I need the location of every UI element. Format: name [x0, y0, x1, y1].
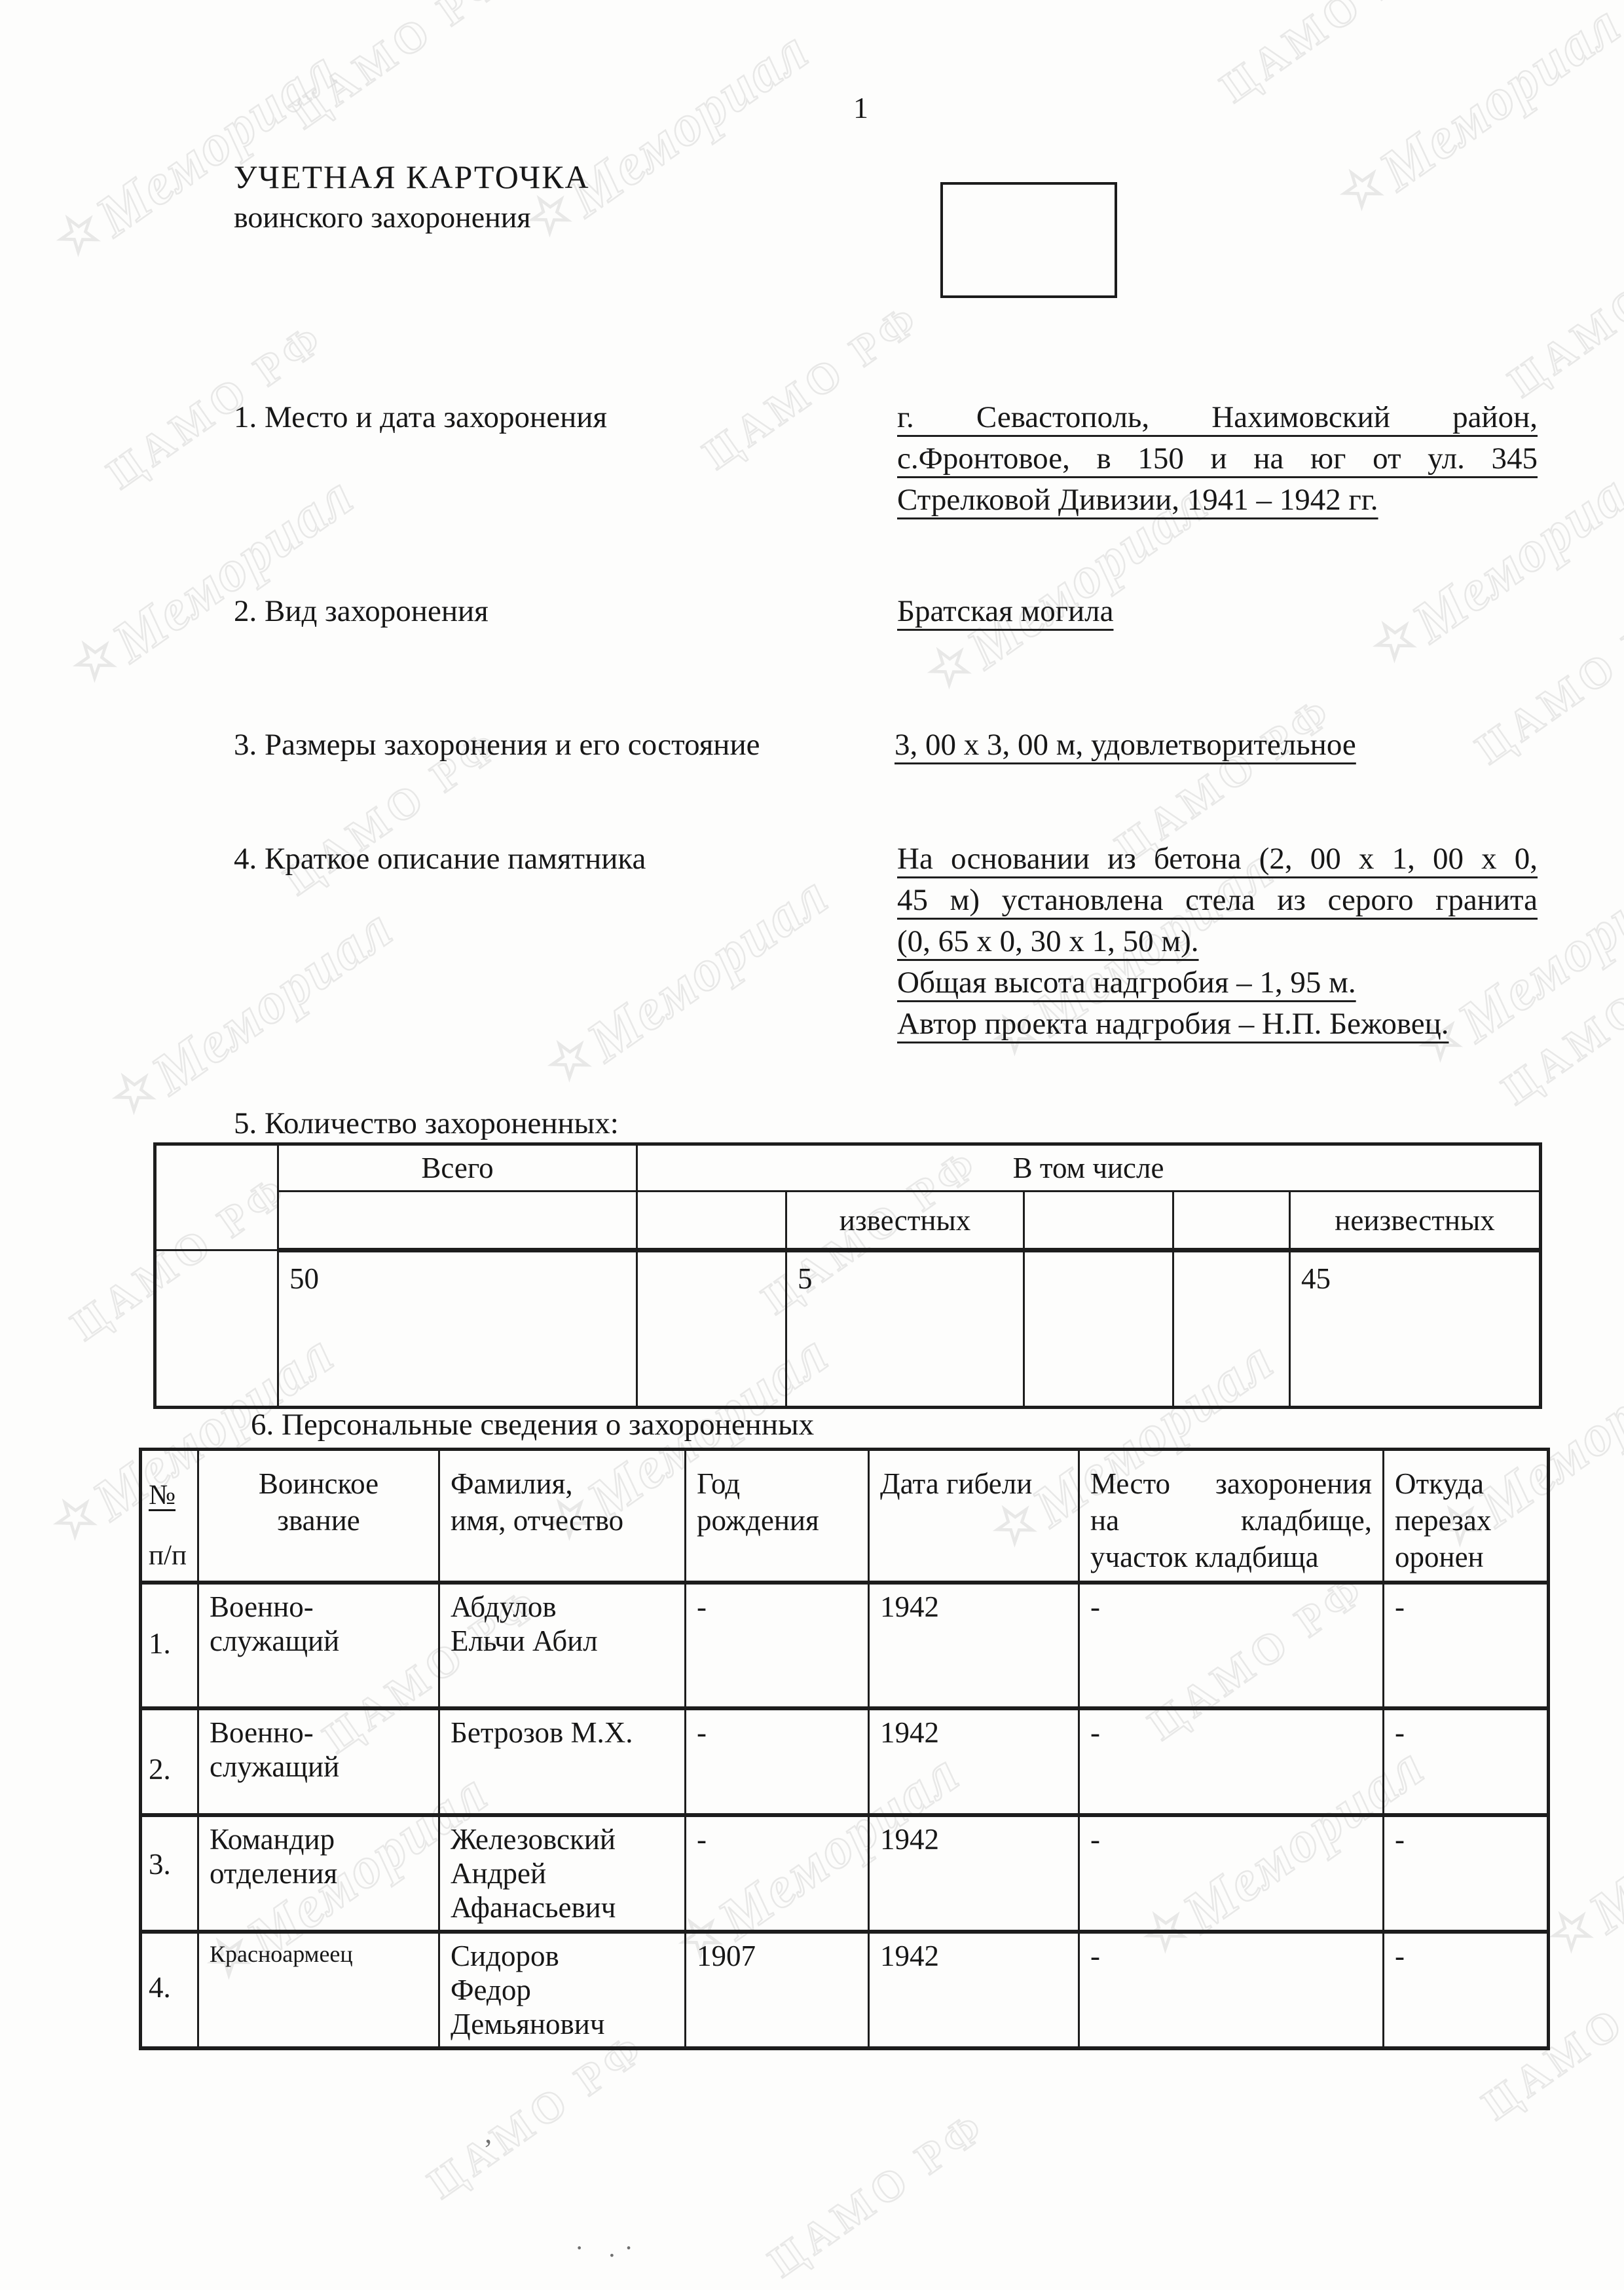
t5-empty-cell — [155, 1250, 278, 1408]
field-value-line: Стрелковой Дивизии, 1941 – 1942 гг. — [897, 479, 1538, 521]
t5-empty-cell — [1024, 1250, 1173, 1408]
field-value: На основании из бетона (2, 00 х 1, 00 х … — [897, 838, 1538, 1045]
t5-empty-cell — [1024, 1192, 1173, 1250]
t6-cell-place: - — [1079, 1932, 1384, 2048]
field-value: 3, 00 х 3, 00 м, удовлетворительное — [895, 724, 1535, 766]
field-value: Братская могила — [897, 591, 1538, 632]
t6-cell-birth: 1907 — [686, 1932, 869, 2048]
t6-cell-death: 1942 — [869, 1932, 1079, 2048]
scan-speck: · .· — [575, 2232, 642, 2263]
t6-cell-from: - — [1384, 1932, 1549, 2048]
table-row: 1. Военно- служащий Абдулов Ельчи Абил -… — [141, 1583, 1549, 1708]
document-subtitle: воинского захоронения — [234, 198, 590, 237]
t6-cell-place: - — [1079, 1708, 1384, 1815]
t6-cell-birth: - — [686, 1583, 869, 1708]
section5-label: 5. Количество захороненных: — [234, 1106, 619, 1141]
field-label: 4. Краткое описание памятника — [234, 838, 646, 880]
t6-cell-death: 1942 — [869, 1815, 1079, 1932]
field-value-line: Автор проекта надгробия – Н.П. Бежовец. — [897, 1004, 1538, 1045]
t6-header-rank: Воинское звание — [198, 1450, 439, 1583]
t5-empty-cell — [637, 1192, 786, 1250]
photo-placeholder-box — [940, 182, 1117, 298]
t5-empty-cell — [637, 1250, 786, 1408]
t6-cell-rank: Военно- служащий — [198, 1708, 439, 1815]
t6-cell-from: - — [1384, 1708, 1549, 1815]
t5-corner-cell — [155, 1144, 278, 1250]
t5-header-including: В том числе — [637, 1144, 1541, 1192]
t6-cell-from: - — [1384, 1815, 1549, 1932]
field-value-line: Общая высота надгробия – 1, 95 м. — [897, 962, 1538, 1004]
t5-header-unknown: неизвестных — [1290, 1192, 1541, 1250]
t6-cell-birth: - — [686, 1815, 869, 1932]
t6-cell-num: 1. — [141, 1583, 198, 1708]
t6-cell-name: Железовский Андрей Афанасьевич — [439, 1815, 686, 1932]
scan-speck: ʼ — [483, 2133, 493, 2166]
t5-value-known: 5 — [786, 1250, 1024, 1408]
table-row: 4. Красноармеец Сидоров Федор Демьянович… — [141, 1932, 1549, 2048]
t6-cell-num: 4. — [141, 1932, 198, 2048]
t6-cell-place: - — [1079, 1583, 1384, 1708]
field-label: 1. Место и дата захоронения — [234, 397, 607, 438]
t5-empty-cell — [1173, 1192, 1290, 1250]
page-number: 1 — [853, 90, 868, 125]
t6-header-name: Фамилия, имя, отчество — [439, 1450, 686, 1583]
field-value-line: с.Фронтовое, в 150 и на юг от ул. 345 — [897, 438, 1538, 479]
t5-header-total: Всего — [278, 1144, 637, 1192]
t6-cell-rank: Красноармеец — [198, 1932, 439, 2048]
t5-empty-cell — [1173, 1250, 1290, 1408]
t6-cell-name: Сидоров Федор Демьянович — [439, 1932, 686, 2048]
field-value-line: Братская могила — [897, 591, 1538, 632]
table-row: 3. Командир отделения Железовский Андрей… — [141, 1815, 1549, 1932]
field-value-line: 3, 00 х 3, 00 м, удовлетворительное — [895, 724, 1535, 766]
t6-cell-name: Абдулов Ельчи Абил — [439, 1583, 686, 1708]
t5-value-unknown: 45 — [1290, 1250, 1541, 1408]
burial-count-table: Всего В том числе известных неизвестных … — [153, 1142, 1542, 1409]
field-value-line: 45 м) установлена стела из серого гранит… — [897, 880, 1538, 921]
t6-cell-place: - — [1079, 1815, 1384, 1932]
t6-header-death-date: Дата гибели — [869, 1450, 1079, 1583]
t6-cell-death: 1942 — [869, 1583, 1079, 1708]
t6-cell-rank: Военно- служащий — [198, 1583, 439, 1708]
document-page: ЦАМО РФ ЦАМО РФ ЦАМО РФ ЦАМО РФ ЦАМО РФ … — [0, 0, 1624, 2290]
t6-cell-birth: - — [686, 1708, 869, 1815]
document-title: УЧЕТНАЯ КАРТОЧКА — [234, 156, 590, 198]
t5-empty-cell — [278, 1192, 637, 1250]
persons-table: № п/п Воинское звание Фамилия, имя, отче… — [139, 1448, 1550, 2050]
field-value-line: г. Севастополь, Нахимовский район, — [897, 397, 1538, 438]
t6-header-burial-place: Место захоронения на кладбище, участок к… — [1079, 1450, 1384, 1583]
t6-cell-rank: Командир отделения — [198, 1815, 439, 1932]
field-label: 3. Размеры захоронения и его состояние — [234, 724, 760, 766]
field-value-line: (0, 65 х 0, 30 х 1, 50 м). — [897, 921, 1538, 962]
t5-value-total: 50 — [278, 1250, 637, 1408]
t6-cell-from: - — [1384, 1583, 1549, 1708]
table-row: 2. Военно- служащий Бетрозов М.Х. - 1942… — [141, 1708, 1549, 1815]
field-value: г. Севастополь, Нахимовский район, с.Фро… — [897, 397, 1538, 521]
t5-header-known: известных — [786, 1192, 1024, 1250]
t6-cell-name: Бетрозов М.Х. — [439, 1708, 686, 1815]
field-label: 2. Вид захоронения — [234, 591, 489, 632]
t6-header-birth-year: Год рождения — [686, 1450, 869, 1583]
t6-cell-death: 1942 — [869, 1708, 1079, 1815]
t6-cell-num: 3. — [141, 1815, 198, 1932]
field-value-line: На основании из бетона (2, 00 х 1, 00 х … — [897, 838, 1538, 880]
t6-header-reburied-from: Откуда перезах оронен — [1384, 1450, 1549, 1583]
t6-header-num: № п/п — [141, 1450, 198, 1583]
document-title-block: УЧЕТНАЯ КАРТОЧКА воинского захоронения — [234, 156, 590, 237]
section6-label: 6. Персональные сведения о захороненных — [251, 1407, 814, 1442]
t6-cell-num: 2. — [141, 1708, 198, 1815]
